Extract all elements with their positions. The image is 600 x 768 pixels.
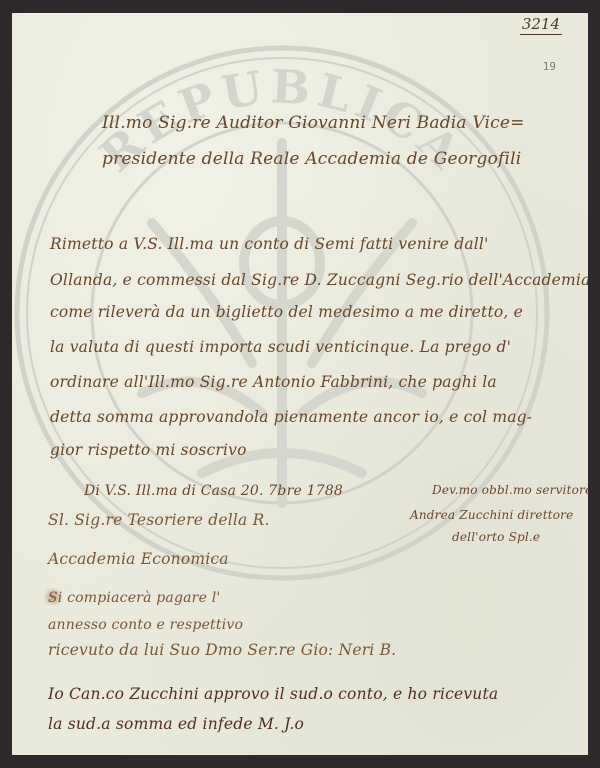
body-line: gior rispetto mi soscrivo [50,441,247,459]
annotation-line: Sl. Sig.re Tesoriere della R. [48,511,270,529]
body-line: come rileverà da un biglietto del medesi… [50,303,523,321]
body-line: Rimetto a V.S. Ill.ma un conto di Semi f… [50,235,489,253]
date-line: Di V.S. Ill.ma di Casa 20. 7bre 1788 [84,483,343,499]
approval-line: Io Can.co Zucchini approvo il sud.o cont… [48,685,498,703]
address-line: Ill.mo Sig.re Auditor Giovanni Neri Badi… [102,113,525,133]
closing-line: Dev.mo obbl.mo servitore [432,483,588,497]
document-page: REPUBLICA 3214 19 Ill.mo Sig.re Auditor … [12,13,588,755]
body-line: ordinare all'Ill.mo Sig.re Antonio Fabbr… [50,373,497,391]
approval-line: la sud.a somma ed infede M. J.o [48,715,304,733]
folio-number: 19 [543,60,556,73]
signer-title: dell'orto Spl.e [452,530,540,544]
body-line: la valuta di questi importa scudi ventic… [50,338,511,356]
annotation-line: Accademia Economica [48,550,229,568]
archive-number: 3214 [520,15,562,35]
annotation-signature: ricevuto da lui Suo Dmo Ser.re Gio: Neri… [48,641,396,659]
annotation-line: Si compiacerà pagare l' [48,590,220,606]
body-line: detta somma approvandola pienamente anco… [50,408,532,426]
annotation-line: annesso conto e respettivo [48,617,243,633]
address-line: presidente della Reale Accademia de Geor… [102,149,521,169]
body-line: Ollanda, e commessi dal Sig.re D. Zuccag… [50,271,588,289]
signer-name: Andrea Zucchini direttore [410,508,573,522]
